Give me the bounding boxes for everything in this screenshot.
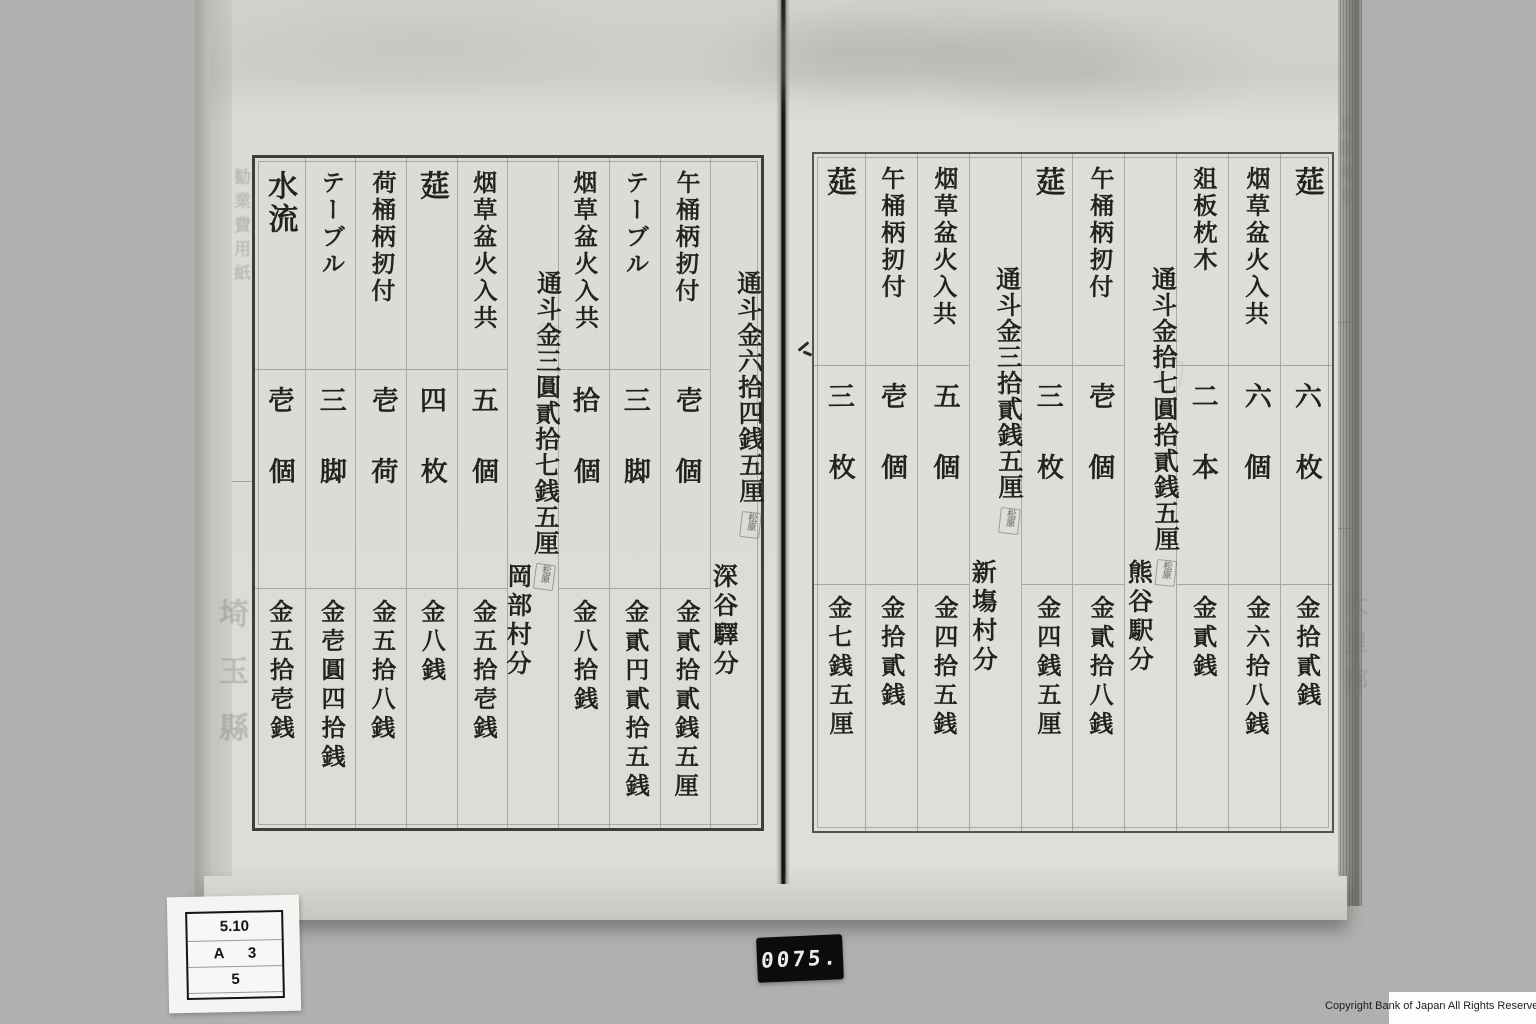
price: 金四銭五厘	[1035, 595, 1060, 831]
total-amount: 通斗金六拾四銭五厘松原	[736, 270, 764, 538]
total-amount: 通斗金拾七圓拾貳銭五厘松原	[1150, 266, 1179, 586]
price: 金五拾壱銭	[470, 599, 495, 828]
item-name-cell: 烟草盆火入共	[559, 158, 609, 370]
matsubara-seal: 松原	[739, 511, 762, 539]
item-name: 莚	[823, 166, 855, 365]
ledger-column-entry: 午桶柄扨付壱個金貳拾貳銭五厘	[660, 158, 711, 828]
ledger-table-left: 通斗金六拾四銭五厘松原深谷驛分午桶柄扨付壱個金貳拾貳銭五厘テーブル三脚金貳円貳拾…	[252, 155, 764, 831]
station-name: 熊谷駅分	[1122, 266, 1152, 675]
ledger-table-right: 莚六枚金拾貳銭烟草盆火入共六個金六拾八銭爼板枕木二本金貳銭通斗金拾七圓拾貳銭五厘…	[812, 152, 1334, 833]
item-name-cell: 午桶柄扨付	[1073, 154, 1124, 366]
item-name: 烟草盆火入共	[470, 170, 495, 369]
price: 金七銭五厘	[826, 595, 853, 831]
frame-counter: 0075.	[756, 934, 844, 983]
price-cell: 金五拾八銭	[356, 589, 406, 828]
price-cell: 金壱圓四拾銭	[306, 589, 356, 828]
item-name-cell: テーブル	[610, 158, 660, 370]
ledger-column-entry: 莚四枚金八銭	[406, 158, 457, 828]
price-cell: 金拾貳銭	[1281, 585, 1332, 831]
price-cell: 金六拾八銭	[1229, 585, 1280, 831]
quantity-cell: 五個	[918, 366, 969, 585]
card-series-letter: A	[214, 945, 225, 962]
quantity-cell: 三脚	[306, 370, 356, 589]
price-cell: 金貳拾貳銭五厘	[661, 589, 711, 828]
card-call-number: 5.10	[220, 918, 250, 936]
price: 金八拾銭	[571, 599, 598, 828]
quantity-cell: 壱個	[661, 370, 711, 589]
item-name: 莚	[1290, 166, 1322, 365]
item-name: 莚	[416, 170, 448, 369]
total-cell: 通斗金三圓貳拾七銭五厘松原岡部村分	[508, 158, 558, 828]
card-item-number: 5	[231, 971, 240, 988]
ledger-column-entry: テーブル三脚金壱圓四拾銭	[305, 158, 356, 828]
ledger-column-entry: 水流壱個金五拾壱銭	[255, 158, 305, 828]
item-name: 荷桶柄扨付	[368, 170, 394, 369]
item-name: テーブル	[622, 170, 647, 369]
price: 金八銭	[419, 599, 446, 828]
quantity: 二本	[1189, 382, 1217, 584]
ledger-column-entry: 烟草盆火入共拾個金八拾銭	[558, 158, 609, 828]
price-cell: 金七銭五厘	[814, 585, 865, 831]
item-name: 午桶柄扨付	[879, 166, 904, 365]
item-name-cell: 莚	[814, 154, 865, 366]
quantity-cell: 拾個	[559, 370, 609, 589]
item-name: 水流	[264, 170, 296, 369]
margin-tick	[232, 481, 252, 482]
frame-counter-digits: 0075.	[760, 945, 840, 972]
ledger-column-entry: テーブル三脚金貳円貳拾五銭	[609, 158, 660, 828]
quantity: 三枚	[825, 382, 854, 584]
quantity-cell: 五個	[458, 370, 508, 589]
quantity-cell: 四枚	[407, 370, 457, 589]
matsubara-seal: 松原	[998, 507, 1021, 535]
item-name: 爼板枕木	[1190, 166, 1215, 365]
item-name-cell: 午桶柄扨付	[866, 154, 917, 366]
item-name-cell: 莚	[1022, 154, 1073, 366]
total-amount: 通斗金三拾貳銭五厘松原	[994, 266, 1022, 534]
center-fold	[776, 0, 790, 884]
station-name: 新塲村分	[967, 266, 997, 675]
item-name-cell: 莚	[1281, 154, 1332, 366]
ledger-column-entry: 莚三枚金四銭五厘	[1021, 154, 1073, 831]
price-cell: 金貳拾八銭	[1073, 585, 1124, 831]
price: 金拾貳銭	[1293, 595, 1320, 831]
price: 金貳円貳拾五銭	[622, 599, 647, 828]
price-cell: 金四拾五銭	[918, 585, 969, 831]
quantity-cell: 六枚	[1281, 366, 1332, 585]
price: 金五拾壱銭	[266, 599, 293, 828]
reference-card: 5.10 A 3 5	[167, 895, 301, 1014]
matsubara-seal: 松原	[1154, 559, 1177, 587]
price-cell: 金貳円貳拾五銭	[610, 589, 660, 828]
price: 金貳拾八銭	[1086, 595, 1112, 831]
quantity: 三枚	[1033, 382, 1061, 584]
price-cell: 金拾貳銭	[866, 585, 917, 831]
ledger-column-total: 通斗金拾七圓拾貳銭五厘松原熊谷駅分	[1124, 154, 1176, 831]
quantity-cell: 壱荷	[356, 370, 406, 589]
price-cell: 金五拾壱銭	[458, 589, 508, 828]
card-row-1: 5.10	[187, 912, 282, 942]
ghost-text: 大里郡	[1338, 592, 1371, 706]
quantity: 壱個	[265, 386, 294, 588]
ledger-column-entry: 烟草盆火入共六個金六拾八銭	[1228, 154, 1280, 831]
quantity: 壱個	[671, 386, 700, 588]
quantity-cell: 三脚	[610, 370, 660, 589]
price-cell: 金四銭五厘	[1022, 585, 1073, 831]
price: 金五拾八銭	[368, 599, 394, 828]
price-cell: 金五拾壱銭	[255, 589, 305, 828]
ledger-column-entry: 烟草盆火入共五個金五拾壱銭	[457, 158, 508, 828]
ledger-column-entry: 午桶柄扨付壱個金貳拾八銭	[1072, 154, 1124, 831]
ledger-column-entry: 莚三枚金七銭五厘	[814, 154, 865, 831]
ledger-column-entry: 莚六枚金拾貳銭	[1280, 154, 1332, 831]
item-name-cell: 午桶柄扨付	[661, 158, 711, 370]
price: 金貳銭	[1190, 595, 1215, 831]
ledger-column-entry: 午桶柄扨付壱個金拾貳銭	[865, 154, 917, 831]
item-name-cell: 烟草盆火入共	[1229, 154, 1280, 366]
quantity: 三脚	[317, 386, 345, 588]
ghost-text: 通運傳票	[1337, 116, 1358, 212]
quantity: 三脚	[621, 386, 649, 588]
item-name-cell: 莚	[407, 158, 457, 370]
quantity: 六枚	[1292, 382, 1321, 584]
price: 金貳拾貳銭五厘	[672, 599, 698, 828]
price: 金六拾八銭	[1241, 595, 1267, 831]
price-cell: 金貳銭	[1177, 585, 1228, 831]
quantity-cell: 二本	[1177, 366, 1228, 585]
quantity: 六個	[1240, 382, 1269, 584]
price-cell: 金八銭	[407, 589, 457, 828]
ghost-text: 埼玉縣	[208, 598, 252, 769]
quantity-cell: 壱個	[866, 366, 917, 585]
quantity: 四枚	[417, 386, 446, 588]
ghost-text: 勧業費用紙	[228, 168, 253, 288]
quantity-cell: 六個	[1229, 366, 1280, 585]
price: 金拾貳銭	[879, 595, 904, 831]
quantity: 五個	[469, 386, 497, 588]
book-photo: 勧業費用紙 埼玉縣 通運傳票 大里郡 通斗金六拾四銭五厘松原深谷驛分午桶柄扨付壱…	[0, 0, 1536, 1024]
matsubara-seal: 松原	[533, 563, 556, 591]
ledger-column-total: 通斗金三圓貳拾七銭五厘松原岡部村分	[507, 158, 558, 828]
quantity: 壱個	[877, 382, 905, 584]
price: 金壱圓四拾銭	[318, 599, 343, 828]
margin-tick	[1338, 528, 1358, 529]
price-cell: 金八拾銭	[559, 589, 609, 828]
total-cell: 通斗金三拾貳銭五厘松原新塲村分	[970, 154, 1021, 831]
reference-card-grid: 5.10 A 3 5	[185, 910, 285, 1000]
quantity-cell: 壱個	[1073, 366, 1124, 585]
station-name: 岡部村分	[505, 270, 534, 679]
ledger-column-total: 通斗金六拾四銭五厘松原深谷驛分	[710, 158, 761, 828]
item-name-cell: テーブル	[306, 158, 356, 370]
item-name: 烟草盆火入共	[930, 166, 956, 365]
copyright-notice: Copyright Bank of Japan All Rights Reser…	[1325, 1000, 1533, 1012]
quantity: 壱荷	[367, 386, 396, 588]
card-series-number: 3	[248, 945, 257, 962]
total-cell: 通斗金拾七圓拾貳銭五厘松原熊谷駅分	[1125, 154, 1176, 831]
quantity-cell: 三枚	[814, 366, 865, 585]
item-name-cell: 烟草盆火入共	[458, 158, 508, 370]
card-row-3: 5	[188, 966, 283, 994]
ledger-column-entry: 烟草盆火入共五個金四拾五銭	[917, 154, 969, 831]
item-name: テーブル	[318, 170, 343, 369]
card-row-4	[189, 992, 283, 998]
item-name-cell: 烟草盆火入共	[918, 154, 969, 366]
quantity: 拾個	[569, 386, 598, 588]
item-name-cell: 爼板枕木	[1177, 154, 1228, 366]
item-name: 莚	[1032, 166, 1063, 365]
item-name-cell: 水流	[255, 158, 305, 370]
item-name: 烟草盆火入共	[571, 170, 597, 369]
item-name-cell: 荷桶柄扨付	[356, 158, 406, 370]
ledger-column-total: 通斗金三拾貳銭五厘松原新塲村分	[969, 154, 1021, 831]
station-name: 深谷驛分	[708, 270, 738, 679]
quantity: 五個	[929, 382, 958, 584]
total-cell: 通斗金六拾四銭五厘松原深谷驛分	[711, 158, 761, 828]
item-name: 午桶柄扨付	[1086, 166, 1112, 365]
margin-tick	[1338, 322, 1358, 323]
item-name: 午桶柄扨付	[672, 170, 698, 369]
ledger-column-entry: 爼板枕木二本金貳銭	[1176, 154, 1228, 831]
price: 金四拾五銭	[930, 595, 956, 831]
item-name: 烟草盆火入共	[1242, 166, 1268, 365]
card-row-2: A 3	[188, 940, 283, 968]
quantity-cell: 壱個	[255, 370, 305, 589]
quantity-cell: 三枚	[1022, 366, 1073, 585]
book-left-page-edges	[195, 0, 232, 920]
quantity: 壱個	[1084, 382, 1113, 584]
ledger-column-entry: 荷桶柄扨付壱荷金五拾八銭	[355, 158, 406, 828]
total-amount: 通斗金三圓貳拾七銭五厘松原	[533, 270, 561, 590]
